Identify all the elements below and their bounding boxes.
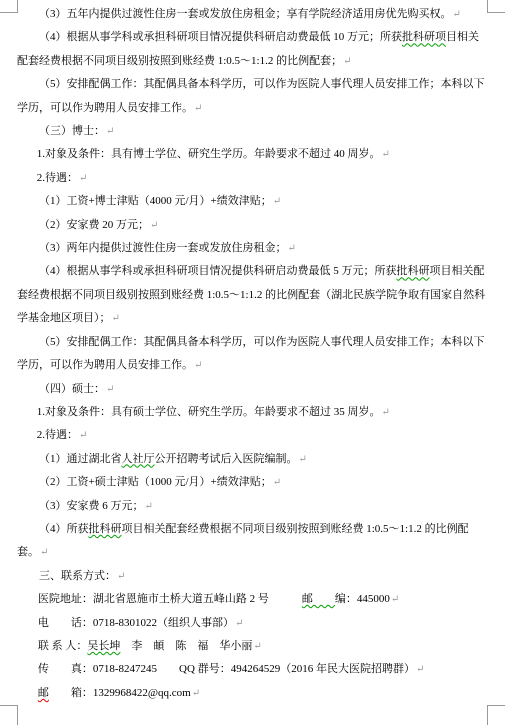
paragraph: 电 话：0718-8301022（组织人事部）↵	[17, 612, 488, 635]
text-segment: （5）安排配偶工作：其配偶具备本科学历，可以作为医院人事代理人员安排工作；本科以…	[17, 336, 485, 371]
pilcrow-mark: ↵	[78, 430, 87, 441]
text-segment: （4）所获	[39, 523, 89, 535]
spellcheck-flagged-text: 批科研	[397, 265, 430, 277]
text-boundary-mark-bottom-left	[0, 705, 18, 706]
text-boundary-mark-bottom-right	[487, 705, 505, 706]
text-segment: 联 系 人：	[38, 640, 88, 652]
spellcheck-flagged-text: 邮	[38, 687, 49, 699]
paragraph: 1.对象及条件：具有博士学位、研究生学历。年龄要求不超过 40 周岁。↵	[17, 143, 488, 166]
text-segment: 传 真：0718-8247245 QQ 群号：494264529（2016 年民…	[38, 663, 415, 675]
paragraph: 传 真：0718-8247245 QQ 群号：494264529（2016 年民…	[17, 658, 488, 681]
paragraph: （4）根据从事学科或承担科研项目情况提供科研启动费最低 5 万元；所获批科研项目…	[17, 260, 488, 330]
text-segment: （5）安排配偶工作：其配偶具备本科学历，可以作为医院人事代理人员安排工作；本科以…	[17, 78, 485, 113]
text-segment: 1.对象及条件：具有硕士学位、研究生学历。年龄要求不超过 35 周岁。	[37, 406, 381, 418]
pilcrow-mark: ↵	[149, 220, 158, 231]
pilcrow-mark: ↵	[287, 243, 296, 254]
paragraph: （5）安排配偶工作：其配偶具备本科学历，可以作为医院人事代理人员安排工作；本科以…	[17, 73, 488, 120]
text-boundary-mark-top-left	[0, 12, 18, 13]
pilcrow-mark: ↵	[191, 688, 200, 699]
pilcrow-mark: ↵	[193, 103, 202, 114]
pilcrow-mark: ↵	[116, 571, 125, 582]
pilcrow-mark: ↵	[234, 618, 243, 629]
pilcrow-mark: ↵	[111, 313, 120, 324]
pilcrow-mark: ↵	[144, 501, 153, 512]
paragraph: （4）根据从事学科或承担科研项目情况提供科研启动费最低 10 万元；所获批科研项…	[17, 26, 488, 73]
pilcrow-mark: ↵	[452, 9, 461, 20]
paragraph: （2）安家费 20 万元；↵	[17, 214, 488, 237]
pilcrow-mark: ↵	[342, 56, 351, 67]
paragraph: （3）五年内提供过渡性住房一套或发放住房租金；享有学院经济适用房优先购买权。↵	[17, 3, 488, 26]
paragraph: （三）博士：↵	[17, 120, 488, 143]
paragraph: （4）所获批科研项目相关配套经费根据不同项目级别按照到账经费 1:0.5～1:1…	[17, 518, 488, 565]
pilcrow-mark: ↵	[105, 126, 114, 137]
spellcheck-flagged-text: 吴长坤	[87, 640, 120, 652]
text-segment: （3）安家费 6 万元；	[39, 500, 144, 512]
pilcrow-mark: ↵	[381, 407, 390, 418]
text-segment: （4）根据从事学科或承担科研项目情况提供科研启动费最低 10 万元；所获	[39, 31, 402, 43]
pilcrow-mark: ↵	[78, 173, 87, 184]
text-boundary-mark-bottom-right	[487, 705, 488, 725]
pilcrow-mark: ↵	[381, 149, 390, 160]
spellcheck-flagged-text: 邮	[302, 593, 335, 605]
text-segment: （4）根据从事学科或承担科研项目情况提供科研启动费最低 5 万元；所获	[39, 265, 397, 277]
spellcheck-flagged-text: 批科研项	[402, 31, 446, 43]
text-boundary-mark-top-right	[487, 12, 505, 13]
pilcrow-mark: ↵	[193, 360, 202, 371]
paragraph: 医院地址：湖北省恩施市土桥大道五峰山路 2 号 邮 编：445000↵	[17, 588, 488, 611]
text-segment: 电 话：0718-8301022（组织人事部）	[38, 617, 234, 629]
paragraph: （3）两年内提供过渡性住房一套或发放住房租金；↵	[17, 237, 488, 260]
pilcrow-mark: ↵	[415, 664, 424, 675]
text-segment: 2.待遇：	[37, 429, 78, 441]
text-segment: （1）通过湖北省	[39, 453, 122, 465]
paragraph: （5）安排配偶工作：其配偶具备本科学历，可以作为医院人事代理人员安排工作；本科以…	[17, 331, 488, 378]
paragraph: 1.对象及条件：具有硕士学位、研究生学历。年龄要求不超过 35 周岁。↵	[17, 401, 488, 424]
text-segment: 公开招聘考试后入医院编制。	[155, 453, 298, 465]
text-segment: （1）工资+博士津贴（4000 元/月）+绩效津贴；	[39, 195, 272, 207]
paragraph: （2）工资+硕士津贴（1000 元/月）+绩效津贴；↵	[17, 471, 488, 494]
paragraph: （3）安家费 6 万元；↵	[17, 495, 488, 518]
pilcrow-mark: ↵	[272, 196, 281, 207]
text-segment: 2.待遇：	[37, 172, 78, 184]
pilcrow-mark: ↵	[272, 477, 281, 488]
paragraph: 2.待遇：↵	[17, 167, 488, 190]
text-segment: （三）博士：	[39, 125, 105, 137]
text-segment: （2）工资+硕士津贴（1000 元/月）+绩效津贴；	[39, 476, 272, 488]
text-segment: 三、联系方式：	[39, 570, 116, 582]
paragraph: （1）通过湖北省人社厅公开招聘考试后入医院编制。↵	[17, 448, 488, 471]
text-boundary-mark-bottom-left	[17, 705, 18, 725]
paragraph: 三、联系方式：↵	[17, 565, 488, 588]
pilcrow-mark: ↵	[39, 547, 48, 558]
document-body: （3）五年内提供过渡性住房一套或发放住房租金；享有学院经济适用房优先购买权。↵（…	[17, 3, 488, 705]
paragraph: （四）硕士：↵	[17, 378, 488, 401]
paragraph: 联 系 人：吴长坤 李 頔 陈 福 华小丽↵	[17, 635, 488, 658]
pilcrow-mark: ↵	[298, 454, 307, 465]
text-segment: （3）两年内提供过渡性住房一套或发放住房租金；	[39, 242, 287, 254]
document-page: （3）五年内提供过渡性住房一套或发放住房租金；享有学院经济适用房优先购买权。↵（…	[0, 0, 505, 725]
spellcheck-flagged-text: 批科研	[89, 523, 122, 535]
paragraph: 2.待遇：↵	[17, 424, 488, 447]
paragraph: 邮 箱：1329968422@qq.com↵	[17, 682, 488, 705]
text-segment: （四）硕士：	[39, 383, 105, 395]
text-segment: （2）安家费 20 万元；	[39, 219, 149, 231]
text-segment: 李 頔 陈 福 华小丽	[120, 640, 252, 652]
text-segment: 医院地址：湖北省恩施市土桥大道五峰山路 2 号	[38, 593, 302, 605]
text-segment: （3）五年内提供过渡性住房一套或发放住房租金；享有学院经济适用房优先购买权。	[39, 8, 452, 20]
text-segment: 编：445000	[335, 593, 390, 605]
pilcrow-mark: ↵	[105, 384, 114, 395]
text-segment: 1.对象及条件：具有博士学位、研究生学历。年龄要求不超过 40 周岁。	[37, 148, 381, 160]
paragraph: （1）工资+博士津贴（4000 元/月）+绩效津贴；↵	[17, 190, 488, 213]
text-segment: 箱：1329968422@qq.com	[49, 687, 191, 699]
pilcrow-mark: ↵	[390, 594, 399, 605]
spellcheck-flagged-text: 人社厅	[122, 453, 155, 465]
pilcrow-mark: ↵	[252, 641, 261, 652]
